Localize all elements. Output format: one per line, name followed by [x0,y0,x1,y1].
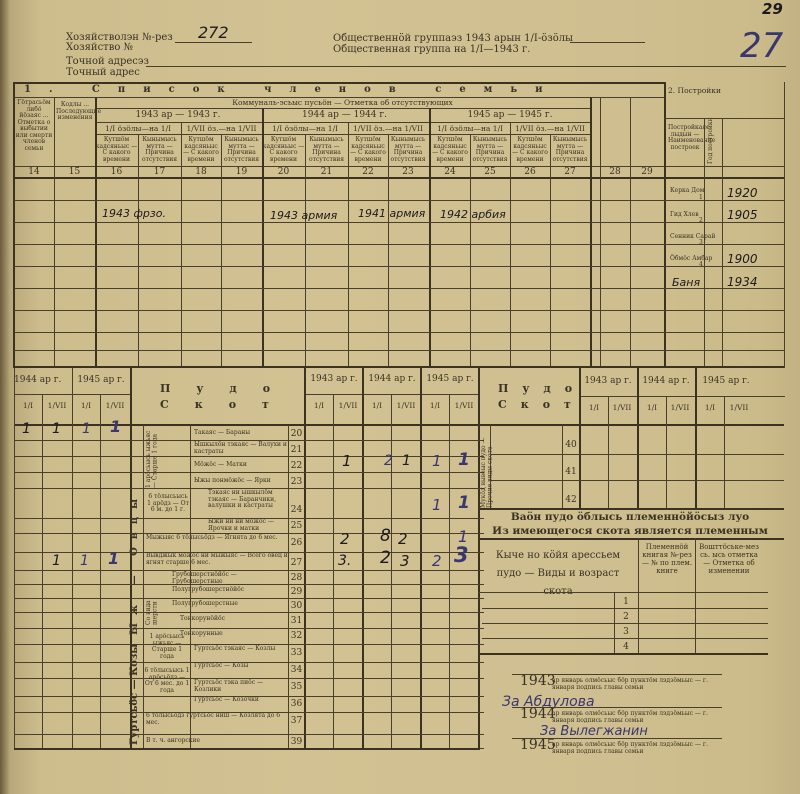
handwritten-count: 2 [398,534,408,544]
right-year-header: 1943 ар г. [580,376,636,386]
col-number: 20 [262,167,305,177]
row-label: Тонкорунные [180,631,288,638]
col-number: 24 [430,167,470,177]
left-year-1944: 1944 ар г. [14,375,58,385]
sig-year-1943: 1943 [520,676,556,686]
row-label: Гуртсьӧс — Козы [194,663,288,670]
buildings-title: 2. Постройки [668,87,721,95]
half-label: 1/I [72,402,100,410]
row-number: 26 [289,538,304,548]
col-number: 25 [470,167,510,177]
row-label: Полугрубошерстнӧйӧс [172,587,288,594]
sheep-subgroup-b: 6 тӧлысьысь 1 арӧдз — От 6 м. до 1 г. [146,494,190,514]
row-number: 28 [289,573,304,583]
building-no: 3 [699,240,703,247]
row-label: Гуртсьӧс тэкаяс — Козлы [194,646,288,653]
breeding-row-number: 1 [616,597,636,607]
year-1945-header: 1945 ар — 1945 г. [430,110,590,120]
address-label-ru: Точный адрес [66,68,140,78]
col-number: 28 [600,167,630,177]
col-number: 19 [221,167,262,177]
half-label: 1/VII [608,404,636,412]
handwritten-entry: 1942 арбия [440,210,506,220]
group-goats-label: Гуртсьӧс — Козы [130,640,140,745]
breeding-title-ru: Из имеющегося скота является племенным [480,526,780,536]
signature-1945[interactable]: За Вылегжанин [540,727,648,737]
handwritten-entry: 1943 фрзо. [102,209,166,219]
building-name: Сенник Сарай [670,234,715,241]
sig-text-1944: ар январь олмӧсьыс бӧр пунктӧм лэдзӧмьыс… [552,711,732,724]
handwritten-page-number: 27 [740,28,783,64]
col15-header: Кодлы ... Последующие изменения [56,102,94,122]
subcol-label: Кынымысь мутта — Причина отсутствия [550,137,590,163]
handwritten-count: 1 [82,424,91,434]
row-number: 27 [289,558,304,568]
handwritten-count: 1 [52,556,61,566]
handwritten-count: 3. [338,556,351,566]
row-number: 24 [289,505,304,515]
breeding-row-number: 3 [616,627,636,637]
household-no-value: 272 [198,24,229,42]
half-header: 1/I ӧзӧлы—на 1/I [430,125,510,133]
handwritten-count: 1 [458,455,470,465]
livestock-title-komi-right: Пудо [498,384,586,394]
handwritten-count: 1 [432,456,442,466]
half-label: 1/VII [333,402,363,410]
subcol-label: Кынымысь мутта — Причина отсутствия [470,137,510,163]
col-number: 23 [388,167,428,177]
subcol-label: Кынымысь мутта — Причина отсутствия [221,137,262,163]
household-no-label-ru: Хозяйство № [66,43,133,53]
handwritten-count: 1 [458,498,470,508]
row-number: 37 [289,716,304,726]
breeding-col-b: Племеннӧй книгая №-рез — № по плем. книг… [640,543,694,575]
ledger-page: 29 27 Хозяйстволэн №-рез Хозяйство № 272… [0,0,800,794]
row-label: Тэкаяс ни ышкылӧм тэкаяс — Баранчики, ва… [208,490,288,510]
building-no: 4 [699,262,703,269]
stamped-page-number: 29 [762,4,783,14]
buildings-col-a: Постройкаяс лыдын — Наименование построе… [668,125,702,151]
handwritten-count: 1 [342,456,352,466]
col-number: 16 [95,167,138,177]
right-side-label: Мукӧд вывеыс пудо — Прочие виды скота [481,428,494,508]
row-label: 6 тӧлысьӧдз гуртсьӧс ниш — Козлята до 6 … [146,713,288,726]
row-label: Гуртсьӧс — Козочки [194,697,288,704]
handwritten-count: 1 [458,532,468,542]
sig-text-1943: ар январь олмӧсьыс бӧр пунктӧм лэдзӧмьыс… [552,678,732,691]
mid-year-header: 1943 ар г. [305,374,363,384]
group-label-ru: Общественная группа на 1/I—1943 г. [333,45,530,55]
sig-text-1945: ар январь олмӧсьыс бӧр пунктӧм лэдзӧмьыс… [552,742,732,755]
livestock-title-ru: Скот [160,400,295,410]
subcol-label: Кутшӧм кадсяньыс — С какого времени [348,137,388,163]
row-number: 22 [289,461,304,471]
subcol-label: Кутшӧм кадсяньыс — С какого времени [430,137,470,163]
handwritten-count: 1 [108,554,119,564]
building-year: 1934 [727,277,758,287]
section1-title: 1. Список членов семьи [24,85,561,95]
year-1944-header: 1944 ар — 1944 г. [262,110,427,120]
half-label: 1/I [638,404,666,412]
goat-subgroup-a: 1 арӧсьысь ыжьяс — Старше 1 года [144,634,190,660]
subcol-label: Кутшӧм кадсяньыс — С какого времени [95,137,138,163]
subcol-label: Кутшӧм кадсяньыс — С какого времени [510,137,550,163]
col14-header: Гӧтрасьӧм либӧ йӧзаяс ... Отметка о выбы… [15,100,53,152]
subcol-label: Кынымысь мутта — Причина отсутствия [305,137,348,163]
handwritten-count: 1 [80,556,89,566]
row-label: Гуртсьӧс тэка пиӧс — Козлики [194,680,288,693]
handwritten-entry: 1941 армия [358,209,425,219]
col-number: 18 [181,167,221,177]
row-label: В т. ч. ангорские [146,738,288,745]
row-number: 41 [564,467,578,477]
handwritten-count: 2 [384,456,393,466]
row-label: Ышкылӧн тэкаяс — Валухи и кастраты [194,442,288,455]
col-number: 17 [138,167,181,177]
subcol-label: Кутшӧм кадсяньыс — С какого времени [262,137,305,163]
half-header: 1/VII ӧз.—на 1/VII [510,125,590,133]
handwritten-count: 1 [22,424,31,434]
row-number: 35 [289,682,304,692]
handwritten-count: 1 [432,500,442,510]
left-year-1945: 1945 ар г. [72,375,130,385]
year-1943-header: 1943 ар — 1943 г. [95,110,261,120]
half-label: 1/I [305,402,333,410]
right-year-header: 1944 ар г. [638,376,694,386]
handwritten-entry: 1943 армия [270,211,337,221]
sig-year-1945: 1945 [520,740,556,750]
row-number: 40 [564,440,578,450]
row-number: 29 [289,587,304,597]
building-year: 1920 [727,188,758,198]
buildings-col-b: Год постройки [708,104,715,164]
col-number: 21 [305,167,348,177]
row-label: Тонкорунӧйӧс [180,616,288,623]
building-year: 1905 [727,210,758,220]
row-label: Ыжы понмӧжӧс — Ярки [194,478,288,485]
row-label: Мӧжӧс — Матки [194,462,288,469]
col-number: 14 [14,167,54,177]
row-number: 33 [289,648,304,658]
row-number: 20 [289,429,304,439]
row-number: 30 [289,601,304,611]
handwritten-count: 8 [380,531,391,541]
row-number: 36 [289,699,304,709]
half-header: 1/VII ӧз.—на 1/VII [181,125,262,133]
absence-header: Коммуналь-эсьыс пусьӧн — Отметка об отсу… [95,99,590,107]
group-sheep-label: Ыж — Овцы [130,455,140,635]
sheep-subgroup-c: Со вида шерсти [146,575,159,625]
col-number: 27 [550,167,590,177]
breeding-title-komi: Ваӧн пудо ӧблысь племеннӧйӧсыз луо [480,512,780,522]
handwritten-count: 2 [340,534,350,544]
half-header: 1/I ӧзӧлы—на 1/I [95,125,181,133]
address-label-komi: Точной адресэз [66,57,149,67]
half-label: 1/I [580,404,608,412]
livestock-title-ru-right: Скот [498,400,585,410]
row-number: 31 [289,616,304,626]
mid-year-header: 1944 ар г. [363,374,421,384]
building-no: 2 [699,218,703,225]
col-number: 29 [630,167,664,177]
livestock-title-komi: Пудо [160,384,296,394]
mid-year-header: 1945 ар г. [421,374,479,384]
building-name: Гид Хлев [670,212,699,219]
breeding-row-number: 2 [616,612,636,622]
row-label: Полугрубошерстные [172,601,288,608]
row-number: 39 [289,737,304,747]
right-year-header: 1945 ар г. [696,376,756,386]
half-label: 1/VII [724,404,754,412]
handwritten-count: 1 [402,456,411,466]
subcol-label: Кутшӧм кадсяньыс — С какого времени [181,137,221,163]
half-label: 1/I [363,402,391,410]
half-label: 1/I [14,402,42,410]
subcol-label: Кынымысь мутта — Причина отсутствия [388,137,428,163]
handwritten-count: 3 [400,556,410,566]
building-no: 1 [699,195,703,202]
row-number: 21 [289,445,304,455]
handwritten-count: 2 [380,553,391,563]
half-label: 1/I [421,402,449,410]
handwritten-count: 1 [52,424,61,434]
row-number: 34 [289,665,304,675]
half-label: 1/VII [42,402,72,410]
group-label-komi: Общественнӧй группаэз 1943 арын 1/I-ӧзӧл… [333,34,573,44]
handwritten-count: 2 [432,556,442,566]
half-label: 1/VII [666,404,694,412]
goat-subgroup-b: 6 тӧлысьысь 1 арӧсьӧдз — От 6 мес. до 1 … [144,668,190,694]
handwritten-count: 1 [110,422,121,432]
half-label: 1/I [696,404,724,412]
building-name: Баня [672,278,700,288]
col-number: 26 [510,167,550,177]
handwritten-count: 3 [454,550,469,560]
half-label: 1/VII [100,402,130,410]
row-label: Ыжи ни ни мӧжӧс — Ярочки и матки [208,519,288,532]
half-label: 1/VII [449,402,479,410]
breeding-row-number: 4 [616,642,636,652]
row-number: 23 [289,477,304,487]
half-header: 1/I ӧзӧлы—на 1/I [262,125,348,133]
row-number: 42 [564,495,578,505]
row-label: Такаяс — Бараны [194,430,288,437]
sig-year-1944: 1944 [520,709,556,719]
row-label: Вывджык мӧжӧс ни мыжыяс — Всего овец и я… [146,553,288,566]
row-label: Грубошерстнӧйӧс — Грубошерстные [172,572,288,585]
row-number: 32 [289,631,304,641]
half-header: 1/VII ӧз.—на 1/VII [348,125,428,133]
sheep-subgroup-a: 1 арӧсьысь ыжьяс — Старше 1 года [146,428,159,488]
building-name: Ӧбмӧс Амбар [670,256,712,263]
col-number: 22 [348,167,388,177]
subcol-label: Кынымысь мутта — Причина отсутствия [138,137,181,163]
row-label: Мыжыяс 6 тӧлысьӧдз — Ягнята до 6 мес. [146,535,288,542]
row-number: 25 [289,521,304,531]
breeding-col-c: Вошттӧське-мез сь. ысь отметка — Отметка… [697,543,761,575]
building-year: 1900 [727,254,758,264]
half-label: 1/VII [391,402,421,410]
col-number: 15 [54,167,95,177]
